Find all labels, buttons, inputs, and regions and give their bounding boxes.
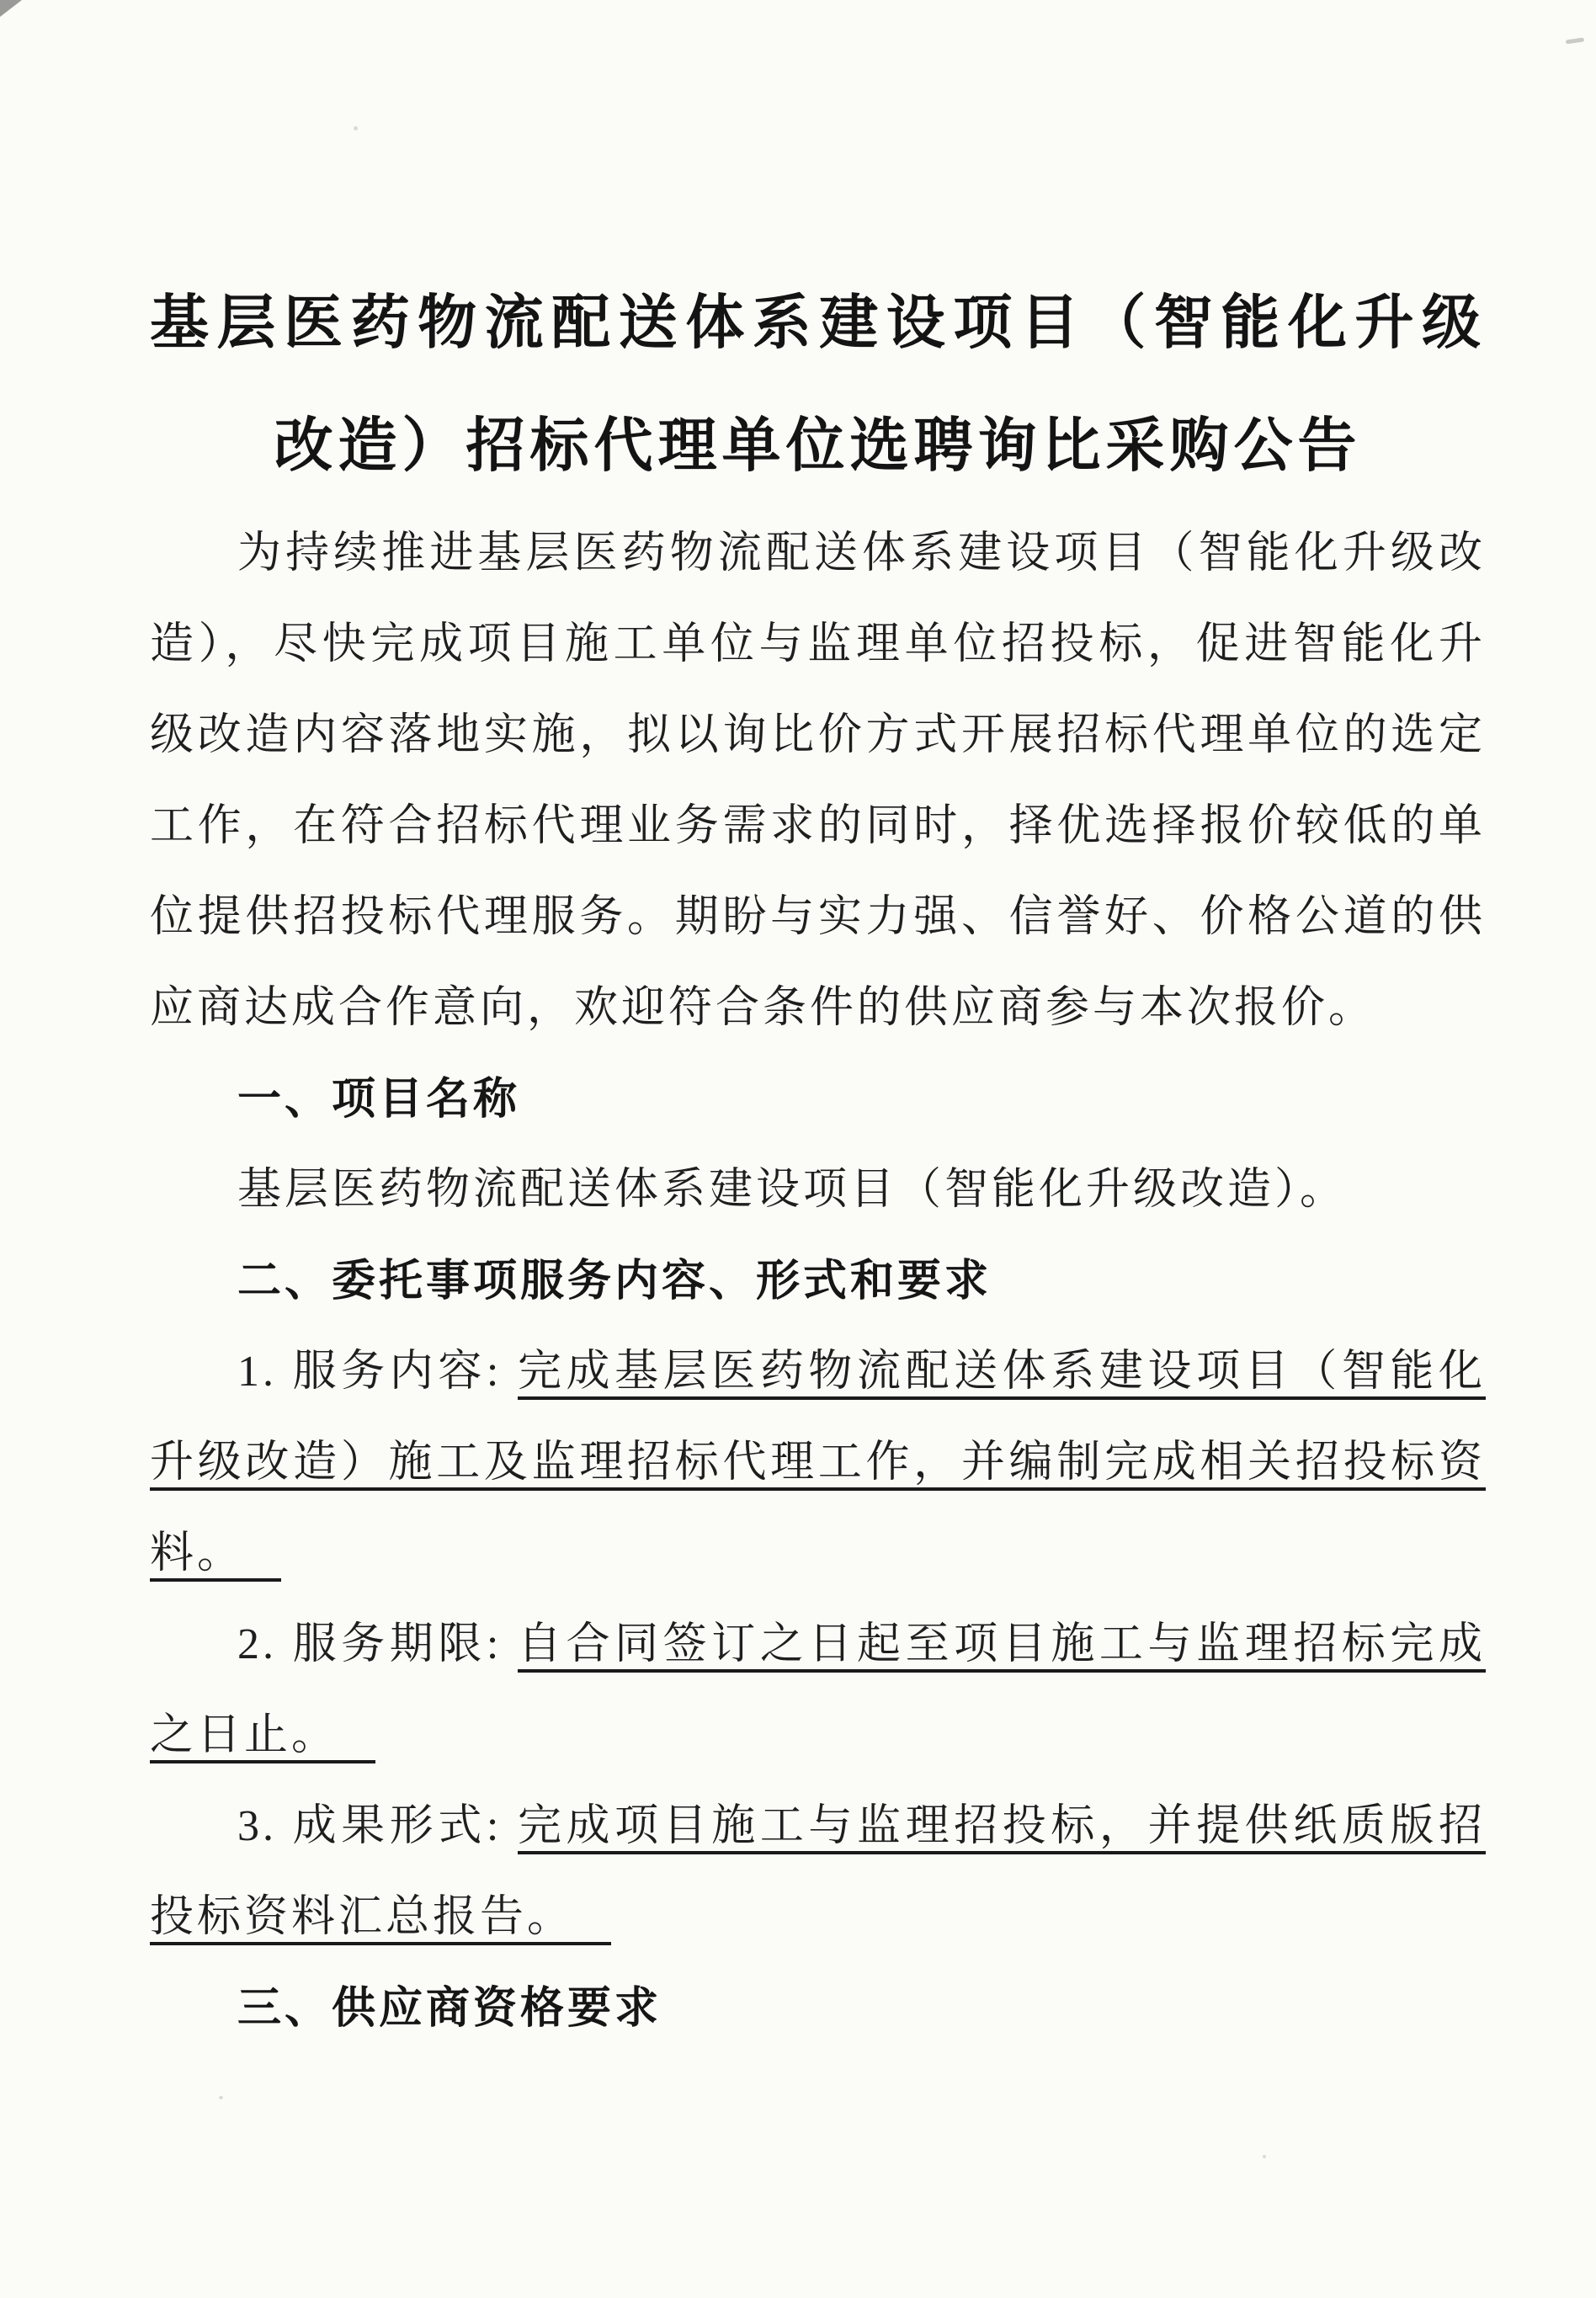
item-2-line-1: 2. 服务期限: 自合同签订之日起至项目施工与监理招标完成: [150, 1599, 1486, 1690]
intro-paragraph-line-6: 应商达成合作意向，欢迎符合条件的供应商参与本次报价。: [150, 963, 1486, 1054]
intro-paragraph-line-4: 工作，在符合招标代理业务需求的同时，择优选择报价较低的单: [150, 781, 1486, 872]
intro-paragraph-line-2: 造），尽快完成项目施工单位与监理单位招投标，促进智能化升: [150, 599, 1486, 690]
intro-paragraph-line-1: 为持续推进基层医药物流配送体系建设项目（智能化升级改: [150, 508, 1486, 599]
intro-paragraph-line-3: 级改造内容落地实施，拟以询比价方式开展招标代理单位的选定: [150, 690, 1486, 781]
document-title-line-2: 改造）招标代理单位选聘询比采购公告: [150, 386, 1486, 508]
scan-noise-dot: [219, 2096, 223, 2099]
scan-noise-dot: [1263, 2155, 1266, 2158]
section-1-heading: 一、项目名称: [150, 1054, 1486, 1145]
item-3-label: 3. 成果形式:: [237, 1802, 518, 1850]
section-3-heading: 三、供应商资格要求: [150, 1963, 1486, 2054]
item-1-underlined-text: 完成基层医药物流配送体系建设项目（智能化: [518, 1348, 1486, 1400]
item-2-line-2: 之日止。: [150, 1690, 1486, 1781]
item-3-line-2: 投标资料汇总报告。: [150, 1872, 1486, 1963]
item-1-label: 1. 服务内容:: [237, 1348, 518, 1396]
item-2-underlined-text: 之日止。: [150, 1711, 375, 1763]
item-2-underlined-text: 自合同签订之日起至项目施工与监理招标完成: [518, 1620, 1486, 1673]
item-1-underlined-text: 升级改造）施工及监理招标代理工作，并编制完成相关招投标资: [150, 1439, 1486, 1491]
item-3-line-1: 3. 成果形式: 完成项目施工与监理招投标，并提供纸质版招: [150, 1781, 1486, 1872]
item-1-line-1: 1. 服务内容: 完成基层医药物流配送体系建设项目（智能化: [150, 1327, 1486, 1418]
scanned-document-page: 基层医药物流配送体系建设项目（智能化升级 改造）招标代理单位选聘询比采购公告 为…: [0, 0, 1596, 2298]
section-1-body: 基层医药物流配送体系建设项目（智能化升级改造）。: [150, 1145, 1486, 1236]
intro-paragraph-line-5: 位提供招投标代理服务。期盼与实力强、信誉好、价格公道的供: [150, 872, 1486, 963]
section-2-heading: 二、委托事项服务内容、形式和要求: [150, 1236, 1486, 1327]
item-3-underlined-text: 投标资料汇总报告。: [150, 1893, 611, 1945]
document-content: 基层医药物流配送体系建设项目（智能化升级 改造）招标代理单位选聘询比采购公告 为…: [150, 263, 1486, 2054]
scan-artifact-corner: [0, 0, 22, 17]
scan-noise-dot: [354, 126, 358, 130]
scan-artifact-mark: [1566, 37, 1584, 44]
item-3-underlined-text: 完成项目施工与监理招投标，并提供纸质版招: [518, 1802, 1486, 1854]
item-2-label: 2. 服务期限:: [237, 1620, 518, 1668]
document-title-line-1: 基层医药物流配送体系建设项目（智能化升级: [150, 263, 1486, 386]
item-1-underlined-text: 料。: [150, 1529, 281, 1582]
item-1-line-2: 升级改造）施工及监理招标代理工作，并编制完成相关招投标资: [150, 1418, 1486, 1508]
item-1-line-3: 料。: [150, 1508, 1486, 1599]
